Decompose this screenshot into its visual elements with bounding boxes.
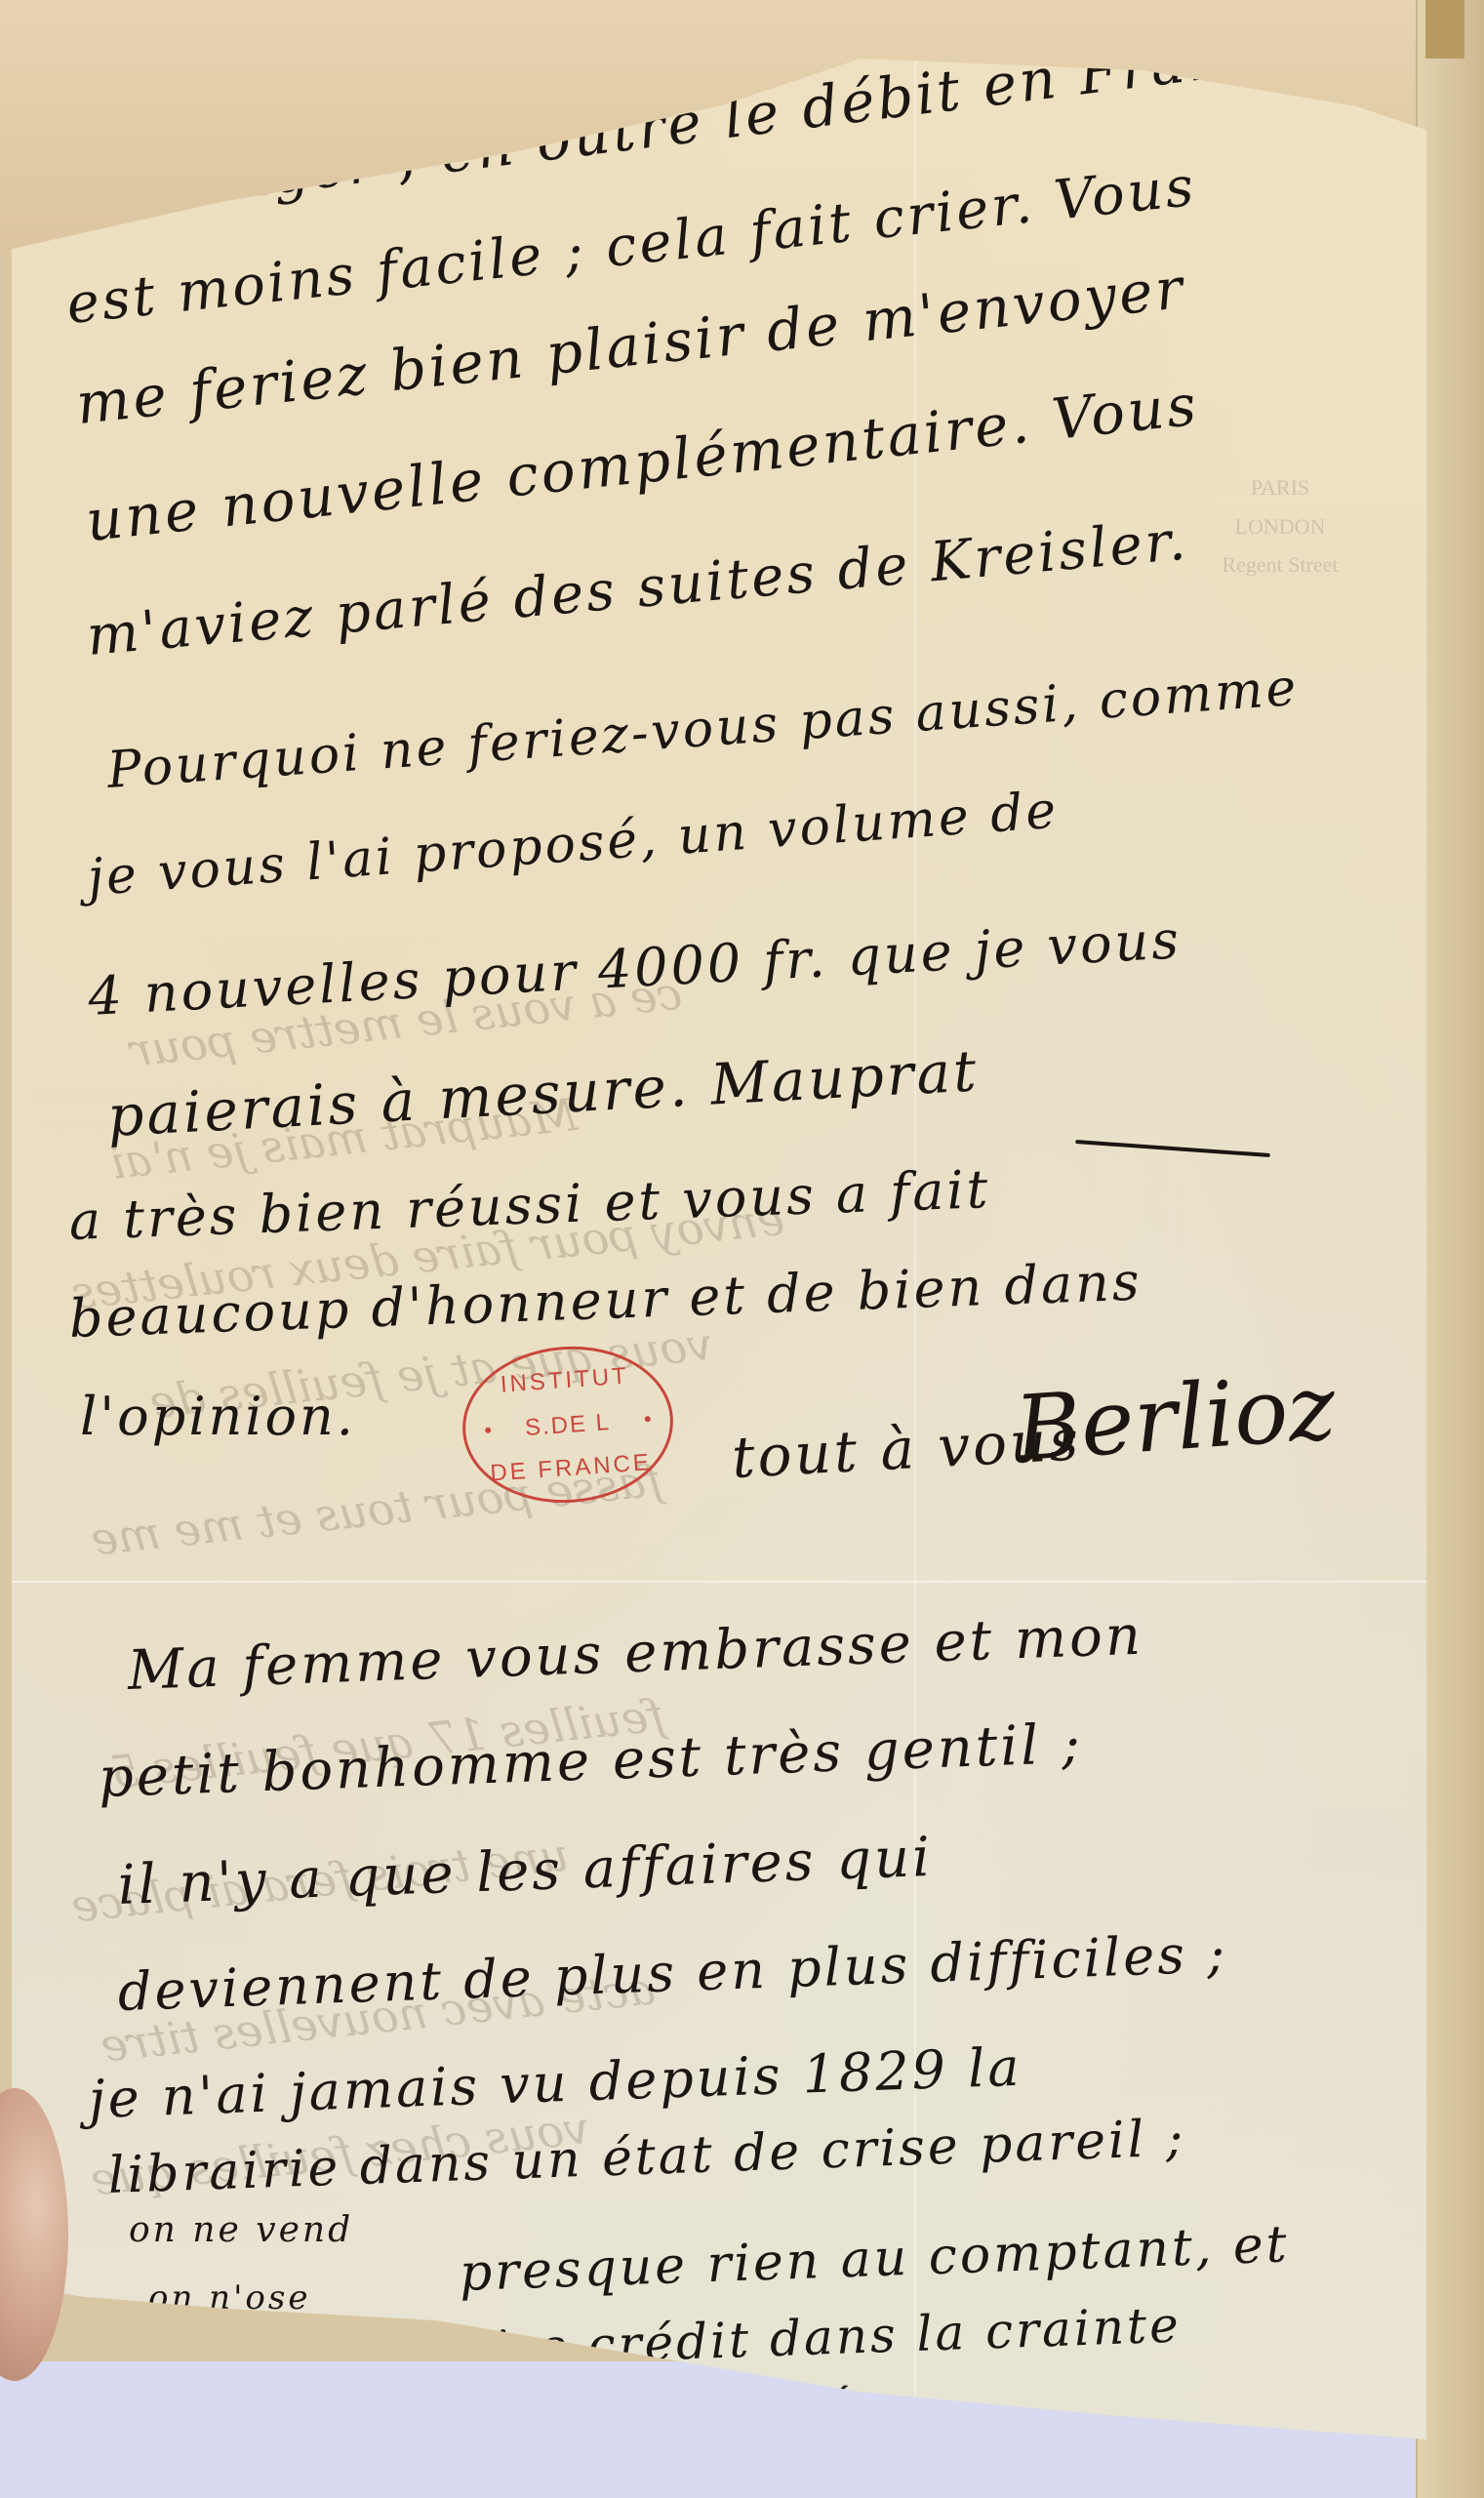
letterhead-line: LONDON [1202, 507, 1358, 546]
letterhead-ghost: PARIS LONDON Regent Street [1202, 468, 1358, 584]
stamp-middle-text: S.DE L [464, 1405, 670, 1447]
postscript-line: on ne vend [129, 2210, 353, 2250]
postscript-line: deviennent de plus en plus difficiles ; [117, 1922, 1228, 2023]
postscript-line: il n'y a que les affaires qui [117, 1826, 934, 1917]
postscript-line: Ma femme vous embrasse et mon [127, 1604, 1144, 1703]
postscript-line: on n'ose [148, 2278, 310, 2317]
letterhead-line: PARIS [1202, 468, 1358, 507]
letter-page: ce a vous le mettre pour Mauprat mais je… [12, 59, 1426, 2439]
postscript-line: presque rien au comptant, et [459, 2215, 1291, 2303]
paper-fold-horizontal [12, 1581, 1426, 1583]
signature: Berlioz [1012, 1355, 1339, 1482]
underline-mauprat [1075, 1140, 1270, 1157]
letter-line: Pourquoi ne feriez-vous pas aussi, comme [105, 659, 1301, 800]
letterhead-line: Regent Street [1202, 545, 1358, 584]
binder-clip [1425, 0, 1464, 59]
letter-line: l'opinion. [80, 1386, 356, 1447]
